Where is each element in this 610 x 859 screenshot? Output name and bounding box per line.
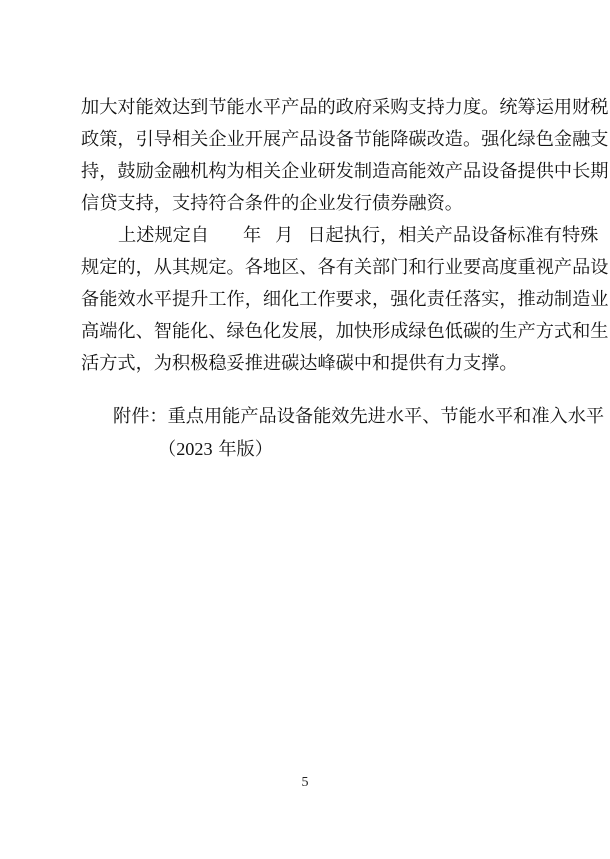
attachment-edition: （2023 年版）	[158, 437, 273, 462]
attachment-line: 附件：重点用能产品设备能效先进水平、节能水平和准入水平	[113, 405, 604, 429]
text-line: 政策，引导相关企业开展产品设备节能降碳改造。强化绿色金融支	[81, 128, 530, 152]
text-line: 备能效水平提升工作，细化工作要求，强化责任落实，推动制造业	[81, 288, 530, 312]
text-line-effective-date: 上述规定自年月日起执行，相关产品设备标准有特殊	[81, 224, 530, 248]
attachment-label: 附件：	[113, 406, 168, 427]
text-line: 加大对能效达到节能水平产品的政府采购支持力度。统筹运用财税	[81, 96, 530, 120]
text-line: 信贷支持，支持符合条件的企业发行债券融资。	[81, 192, 530, 216]
document-page: 加大对能效达到节能水平产品的政府采购支持力度。统筹运用财税 政策，引导相关企业开…	[0, 0, 610, 859]
text-line: 活方式，为积极稳妥推进碳达峰碳中和提供有力支撑。	[81, 352, 530, 376]
effective-date-prefix: 上述规定自	[118, 225, 209, 246]
month-label: 月	[275, 225, 293, 246]
text-line: 规定的，从其规定。各地区、各有关部门和行业要高度重视产品设	[81, 256, 530, 280]
attachment-title: 重点用能产品设备能效先进水平、节能水平和准入水平	[168, 406, 605, 427]
effective-date-suffix: 日起执行，相关产品设备标准有特殊	[307, 225, 598, 246]
edition-label: 年版）	[213, 439, 273, 460]
page-number: 5	[0, 775, 610, 791]
paren-open: （	[158, 439, 176, 460]
edition-year: 2023	[176, 439, 212, 459]
text-line: 持，鼓励金融机构为相关企业研发制造高能效产品设备提供中长期	[81, 160, 530, 184]
text-line: 高端化、智能化、绿色化发展，加快形成绿色低碳的生产方式和生	[81, 320, 530, 344]
year-label: 年	[243, 225, 261, 246]
